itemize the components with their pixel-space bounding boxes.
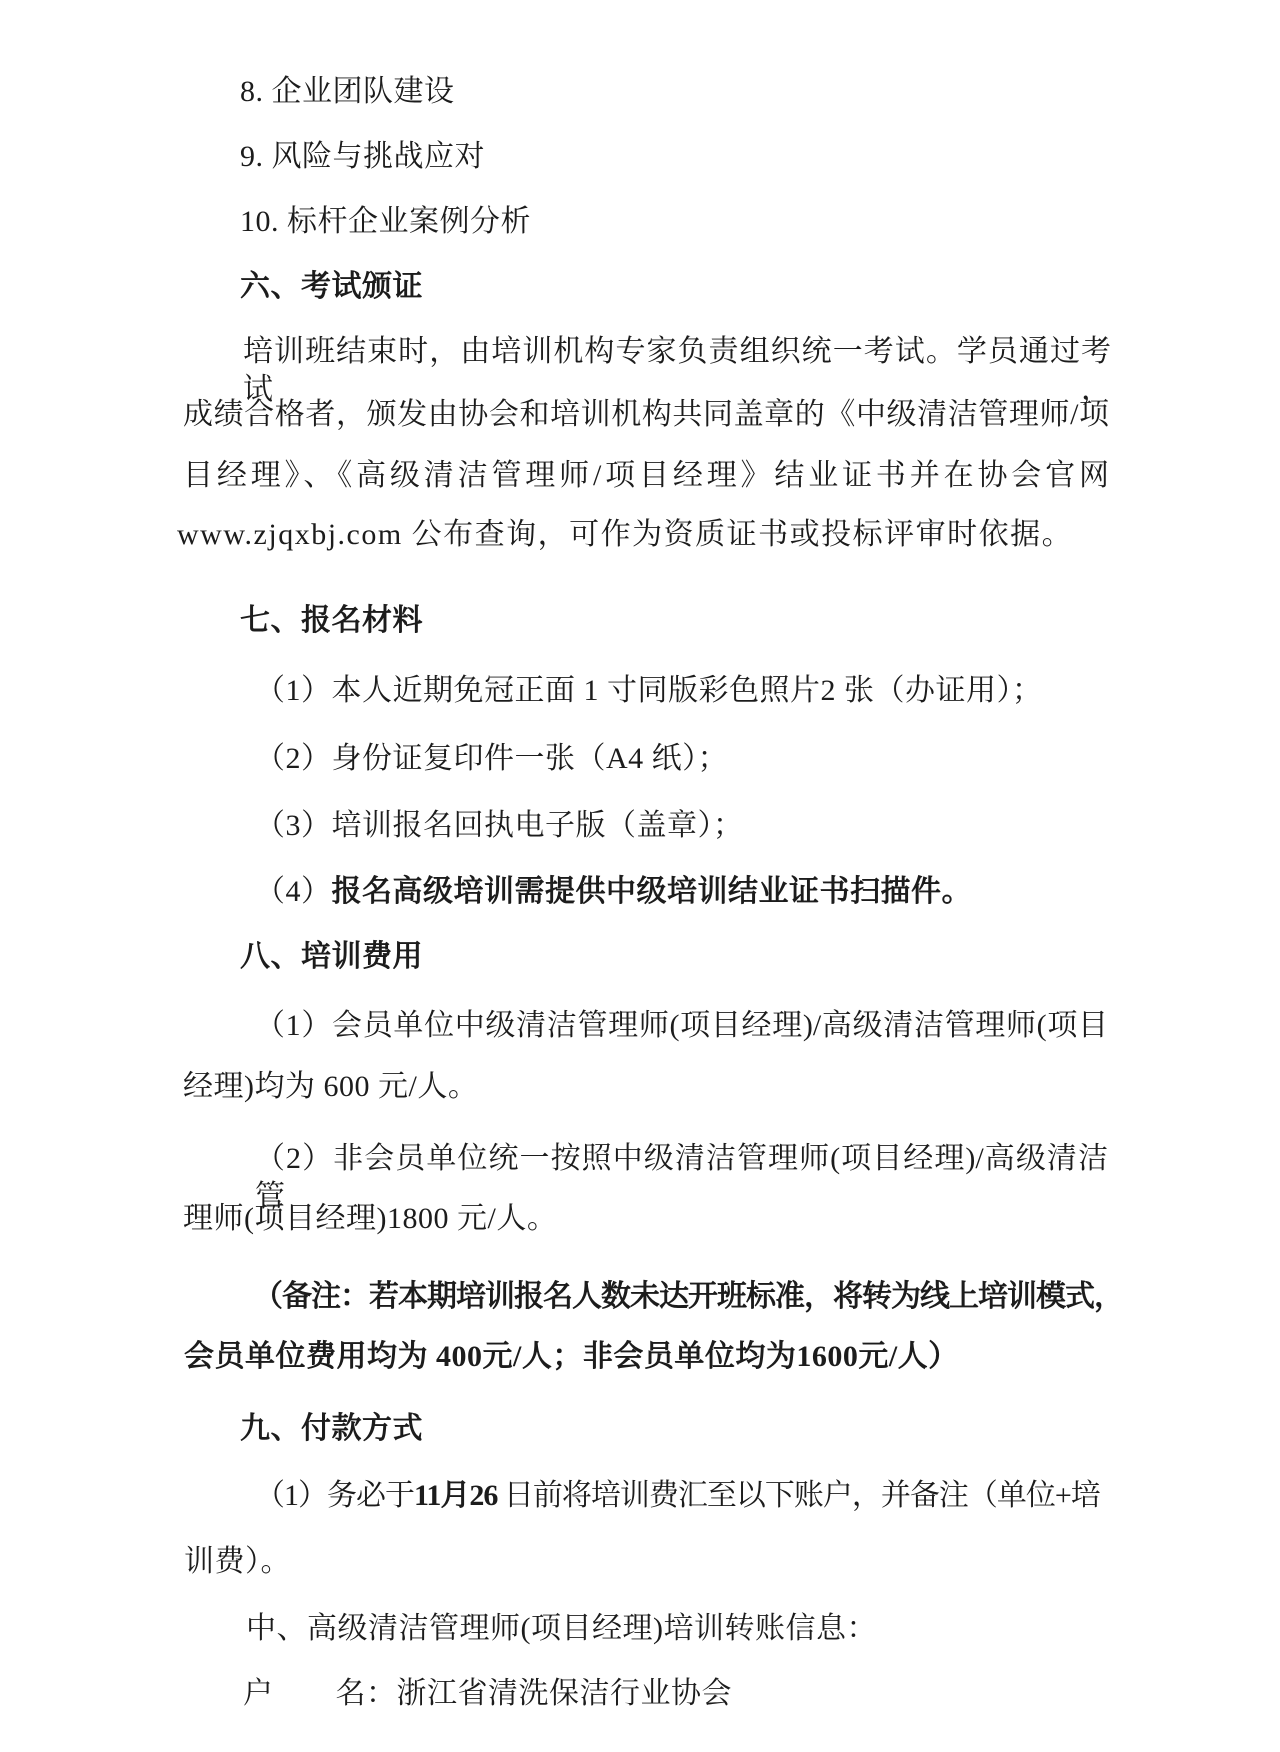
payment-item-deadline-line2: 训费）。 xyxy=(184,1543,291,1581)
transfer-info-title: 中、高级清洁管理师(项目经理)培训转账信息： xyxy=(246,1610,877,1648)
course-item-8: 8. 企业团队建设 xyxy=(240,73,455,111)
course-item-10: 10. 标杆企业案例分析 xyxy=(240,203,531,241)
list-item-certificate-scan: （4）报名高级培训需提供中级培训结业证书扫描件。 xyxy=(255,873,972,911)
fee-item-member-line2: 经理)均为 600 元/人。 xyxy=(183,1068,478,1106)
section-heading-materials: 七、报名材料 xyxy=(240,602,423,640)
fee-item-member-line1: （1）会员单位中级清洁管理师(项目经理)/高级清洁管理师(项目 xyxy=(255,1007,1108,1045)
payment-deadline-date: 11月26 xyxy=(414,1479,497,1512)
payment-item-deadline-line1: （1）务必于11月26 日前将培训费汇至以下账户，并备注（单位+培 xyxy=(255,1477,1100,1515)
account-name-label: 名： xyxy=(336,1677,397,1710)
section-heading-fees: 八、培训费用 xyxy=(240,938,423,976)
list-item-photo: （1）本人近期免冠正面 1 寸同版彩色照片2 张（办证用）； xyxy=(255,672,1043,710)
payment-text-before-date: （1）务必于 xyxy=(255,1479,414,1512)
list-item-idcopy: （2）身份证复印件一张（A4 纸）； xyxy=(255,740,728,778)
list-item-bold-text: 报名高级培训需提供中级培训结业证书扫描件。 xyxy=(332,875,973,908)
section-heading-exam: 六、考试颁证 xyxy=(240,268,423,306)
list-item-receipt: （3）培训报名回执电子版（盖章）； xyxy=(255,807,744,845)
course-item-9: 9. 风险与挑战应对 xyxy=(240,138,485,176)
fee-note-line1: （备注：若本期培训报名人数未达开班标准，将转为线上培训模式， xyxy=(253,1278,1123,1316)
account-holder-label: 户 xyxy=(243,1677,274,1710)
paragraph-line-website: www.zjqxbj.com 公布查询，可作为资质证书或投标评审时依据。 xyxy=(177,516,1073,554)
account-holder-line: 户名：浙江省清洗保洁行业协会 xyxy=(243,1675,732,1713)
fee-item-nonmember-line2: 理师(项目经理)1800 元/人。 xyxy=(183,1200,557,1238)
payment-text-after-date: 日前将培训费汇至以下账户，并备注（单位+培 xyxy=(497,1479,1099,1512)
section-heading-payment: 九、付款方式 xyxy=(240,1410,423,1448)
paragraph-line: 目经理》、《高级清洁管理师/项目经理》结业证书并在协会官网 xyxy=(183,457,1109,495)
paragraph-line: 成绩合格者，颁发由协会和培训机构共同盖章的《中级清洁管理师/项 xyxy=(183,396,1109,434)
document-page: 8. 企业团队建设 9. 风险与挑战应对 10. 标杆企业案例分析 六、考试颁证… xyxy=(0,0,1280,1752)
fee-note-line2: 会员单位费用均为 400元/人；非会员单位均为1600元/人） xyxy=(184,1338,959,1376)
list-item-number: （4） xyxy=(255,875,332,908)
account-holder-value: 浙江省清洗保洁行业协会 xyxy=(397,1677,733,1710)
